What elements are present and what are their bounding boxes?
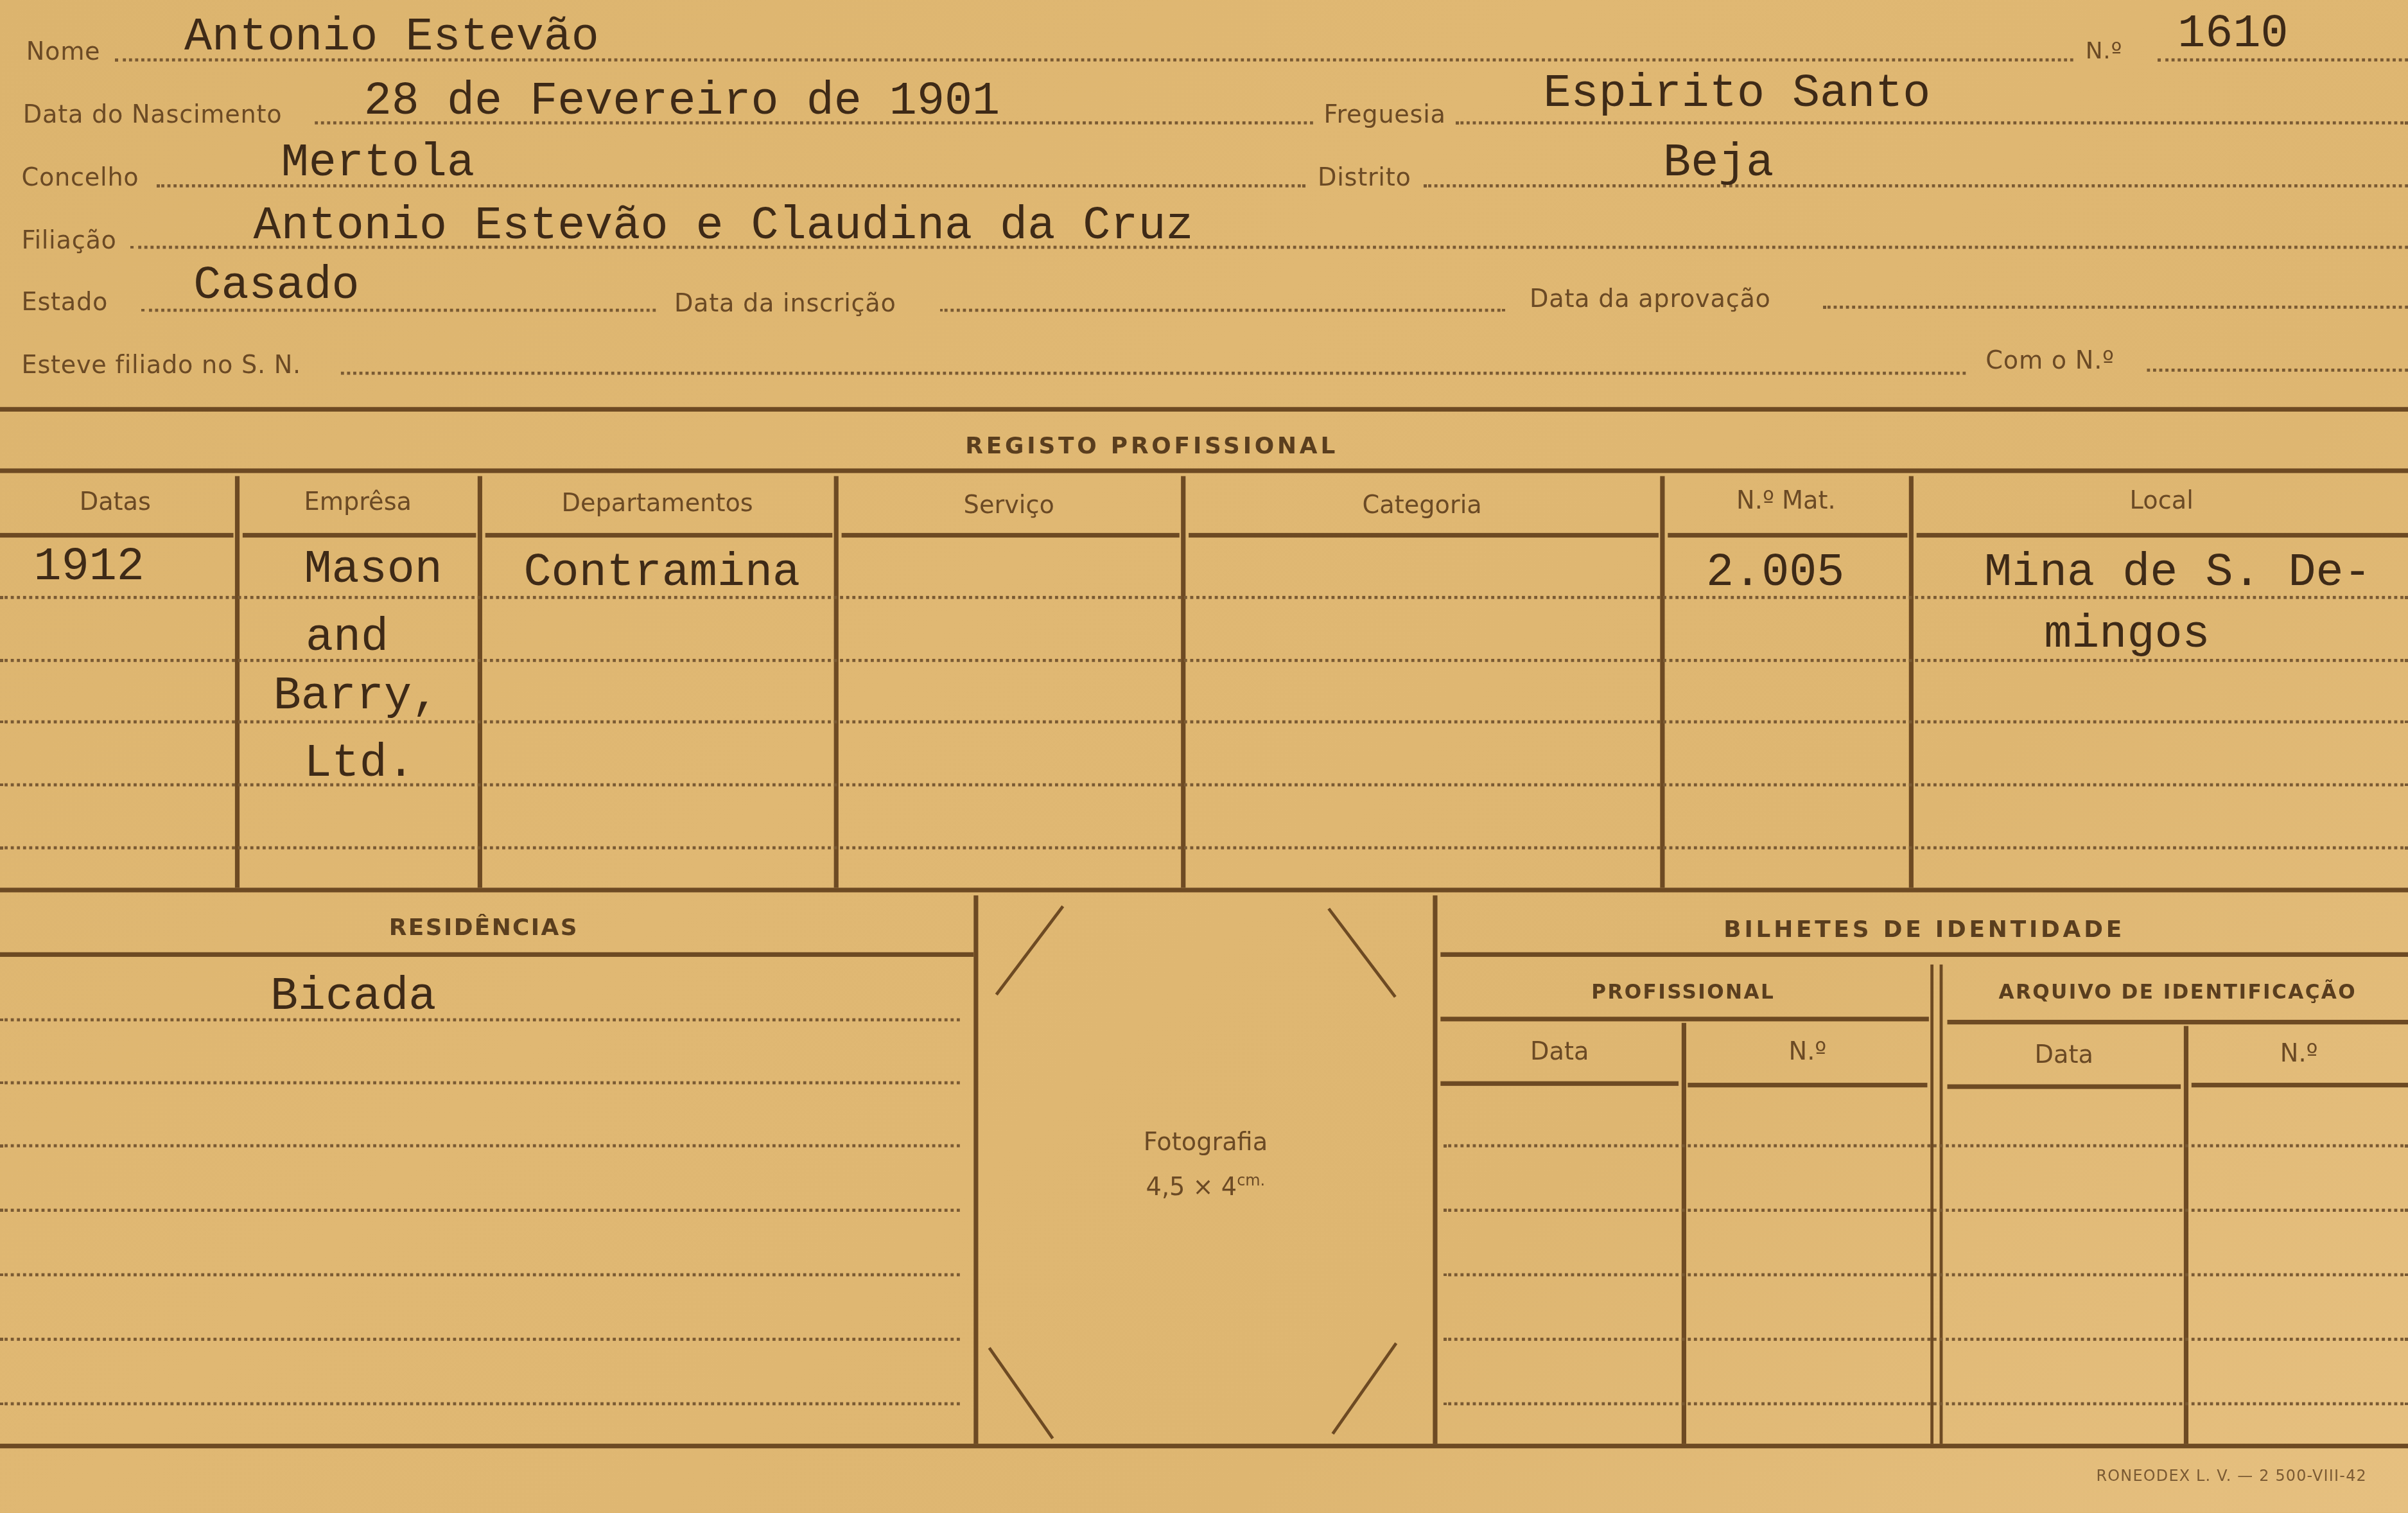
entry-n-mat[interactable]: 2.005 (1706, 548, 1844, 600)
bilhetes-col-underline-4 (2192, 1083, 2408, 1087)
card-bottom-rule (0, 1444, 2408, 1448)
registo-profissional-title: REGISTO PROFISSIONAL (860, 432, 1444, 459)
registration-card: Nome Antonio Estevão N.º 1610 Data do Na… (0, 0, 2408, 1512)
estado-value[interactable]: Casado (193, 261, 359, 313)
filiado-sn-label: Esteve filiado no S. N. (21, 350, 301, 379)
col-sep-1 (235, 476, 240, 888)
bilhetes-col-underline-2 (1688, 1083, 1927, 1087)
entry-empresa-line-3[interactable]: Barry, (274, 671, 439, 723)
registo-row-line-5 (0, 846, 2408, 850)
photo-size-value: 4,5 × 4 (1146, 1172, 1237, 1201)
nome-value[interactable]: Antonio Estevão (184, 12, 599, 64)
profissional-col-sep (1682, 1023, 1686, 1444)
residencias-title: RESIDÊNCIAS (0, 914, 968, 941)
freguesia-label: Freguesia (1324, 100, 1446, 128)
photo-corner-top-left (995, 905, 1063, 995)
entry-empresa-line-2[interactable]: and (306, 613, 388, 665)
nascimento-value[interactable]: 28 de Fevereiro de 1901 (364, 77, 1000, 129)
printer-footer: RONEODEX L. V. — 2 500-VIII-42 (2097, 1468, 2367, 1485)
bilhetes-row-line-1 (1444, 1144, 2408, 1148)
bilhetes-row-line-4 (1444, 1338, 2408, 1341)
header-underline-4 (842, 533, 1180, 538)
col-sep-6 (1909, 476, 1914, 888)
header-underline-6 (1668, 533, 1907, 538)
residencia-line-4 (0, 1209, 960, 1212)
entry-empresa-line-4[interactable]: Ltd. (304, 739, 415, 791)
entry-local-line-1[interactable]: Mina de S. De- (1984, 548, 2371, 600)
numero-label: N.º (2086, 37, 2122, 64)
col-sep-3 (834, 476, 839, 888)
photo-size: 4,5 × 4cm. (978, 1172, 1433, 1201)
com-numero-label: Com o N.º (1985, 345, 2114, 374)
photo-label: Fotografia (978, 1127, 1433, 1156)
profissional-col-data: Data (1440, 1036, 1679, 1065)
arquivo-subheader-rule (1948, 1020, 2408, 1024)
header-underline-7 (1917, 533, 2408, 538)
residencia-entry-1[interactable]: Bicada (270, 972, 436, 1024)
bilhetes-arquivo-title: ARQUIVO DE IDENTIFICAÇÃO (1948, 981, 2408, 1004)
bilhetes-double-divider-b (1940, 965, 1943, 1444)
bilhetes-col-underline-3 (1948, 1084, 2181, 1089)
residencia-line-7 (0, 1403, 960, 1406)
col-header-n-mat: N.º Mat. (1666, 485, 1906, 514)
foto-right-border (1433, 895, 1437, 1444)
residencia-line-1 (0, 1019, 960, 1022)
concelho-value[interactable]: Mertola (281, 138, 475, 190)
residencia-line-2 (0, 1081, 960, 1085)
estado-label: Estado (21, 287, 108, 316)
inscricao-label: Data da inscrição (674, 289, 896, 318)
col-header-categoria: Categoria (1187, 490, 1657, 519)
photo-corner-bottom-left (989, 1347, 1054, 1439)
bilhetes-col-underline-1 (1440, 1081, 1679, 1086)
residencia-line-6 (0, 1338, 960, 1341)
filiacao-label: Filiação (21, 226, 116, 255)
distrito-value[interactable]: Beja (1663, 138, 1774, 190)
col-header-servico: Serviço (840, 490, 1178, 519)
residencia-line-5 (0, 1273, 960, 1277)
photo-corner-top-right (1328, 907, 1396, 997)
bilhetes-row-line-3 (1444, 1273, 2408, 1277)
distrito-label: Distrito (1318, 163, 1411, 192)
inscricao-field-line[interactable] (940, 309, 1505, 312)
col-sep-5 (1660, 476, 1664, 888)
header-underline-2 (243, 533, 476, 538)
residencia-line-3 (0, 1144, 960, 1148)
filiado-sn-field-line[interactable] (341, 372, 1966, 375)
arquivo-col-data: Data (1948, 1040, 2181, 1069)
entry-departamentos[interactable]: Contramina (524, 548, 801, 600)
col-header-empresa: Emprêsa (241, 487, 475, 516)
foto-left-border (973, 895, 978, 1444)
registo-header-rule (0, 468, 2408, 473)
nascimento-label: Data do Nascimento (23, 100, 283, 128)
freguesia-field-line (1456, 121, 2408, 125)
concelho-label: Concelho (21, 163, 139, 192)
entry-empresa-line-1[interactable]: Mason (304, 545, 442, 597)
bilhetes-header-rule (1440, 952, 2408, 957)
photo-placeholder[interactable]: Fotografia 4,5 × 4cm. (978, 895, 1433, 1444)
aprovacao-label: Data da aprovação (1530, 284, 1771, 313)
nome-label: Nome (26, 37, 101, 66)
col-sep-2 (478, 476, 482, 888)
filiacao-value[interactable]: Antonio Estevão e Claudina da Cruz (254, 201, 1194, 253)
bilhetes-row-line-2 (1444, 1209, 2408, 1212)
bilhetes-profissional-title: PROFISSIONAL (1440, 981, 1926, 1004)
profissional-col-numero: N.º (1688, 1036, 1927, 1065)
bilhetes-double-divider-a (1930, 965, 1933, 1444)
arquivo-col-sep (2184, 1026, 2188, 1444)
col-header-local: Local (1915, 485, 2408, 514)
photo-corner-bottom-right (1332, 1342, 1397, 1434)
header-underline-3 (485, 533, 833, 538)
arquivo-col-numero: N.º (2190, 1038, 2408, 1067)
residencias-header-rule (0, 952, 973, 957)
divider-top (0, 407, 2408, 412)
photo-size-unit: cm. (1237, 1173, 1265, 1189)
registo-bottom-rule (0, 888, 2408, 892)
entry-local-line-2[interactable]: mingos (2044, 609, 2210, 661)
entry-datas[interactable]: 1912 (34, 542, 144, 594)
profissional-subheader-rule (1440, 1017, 1929, 1021)
col-header-datas: Datas (0, 487, 231, 516)
col-sep-4 (1181, 476, 1185, 888)
header-underline-5 (1189, 533, 1659, 538)
com-numero-field-line[interactable] (2147, 369, 2408, 372)
col-header-departamentos: Departamentos (484, 489, 831, 518)
bilhetes-row-line-5 (1444, 1403, 2408, 1406)
bilhetes-title: BILHETES DE IDENTIDADE (1440, 915, 2408, 943)
aprovacao-field-line[interactable] (1823, 306, 2408, 309)
numero-value[interactable]: 1610 (2177, 9, 2288, 61)
header-underline-1 (0, 533, 234, 538)
distrito-field-line (1424, 184, 2408, 188)
freguesia-value[interactable]: Espirito Santo (1544, 69, 1931, 121)
